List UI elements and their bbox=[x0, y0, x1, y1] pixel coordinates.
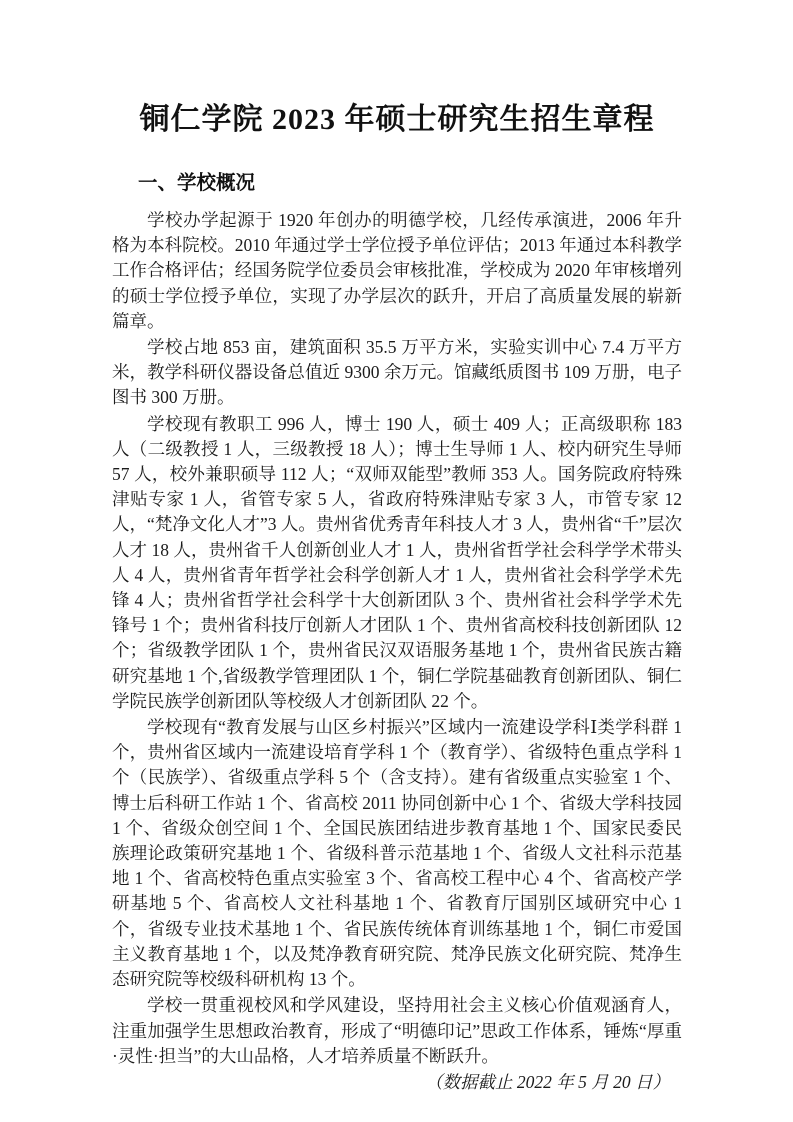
body-paragraph: 学校一贯重视校风和学风建设，坚持用社会主义核心价值观涵育人，注重加强学生思想政治… bbox=[112, 993, 682, 1069]
data-cutoff-note: （数据截止 2022 年 5 月 20 日） bbox=[112, 1070, 682, 1095]
body-paragraph: 学校现有“教育发展与山区乡村振兴”区域内一流建设学科Ⅰ类学科群 1 个，贵州省区… bbox=[112, 715, 682, 992]
document-title: 铜仁学院 2023 年硕士研究生招生章程 bbox=[112, 102, 682, 138]
section-body: 学校办学起源于 1920 年创办的明德学校，几经传承演进，2006 年升格为本科… bbox=[112, 208, 682, 1069]
body-paragraph: 学校现有教职工 996 人，博士 190 人，硕士 409 人；正高级职称 18… bbox=[112, 412, 682, 714]
body-paragraph: 学校办学起源于 1920 年创办的明德学校，几经传承演进，2006 年升格为本科… bbox=[112, 208, 682, 334]
section-heading: 一、学校概况 bbox=[138, 170, 682, 196]
document-page: 铜仁学院 2023 年硕士研究生招生章程 一、学校概况 学校办学起源于 1920… bbox=[0, 0, 793, 1122]
body-paragraph: 学校占地 853 亩，建筑面积 35.5 万平方米，实验实训中心 7.4 万平方… bbox=[112, 335, 682, 411]
